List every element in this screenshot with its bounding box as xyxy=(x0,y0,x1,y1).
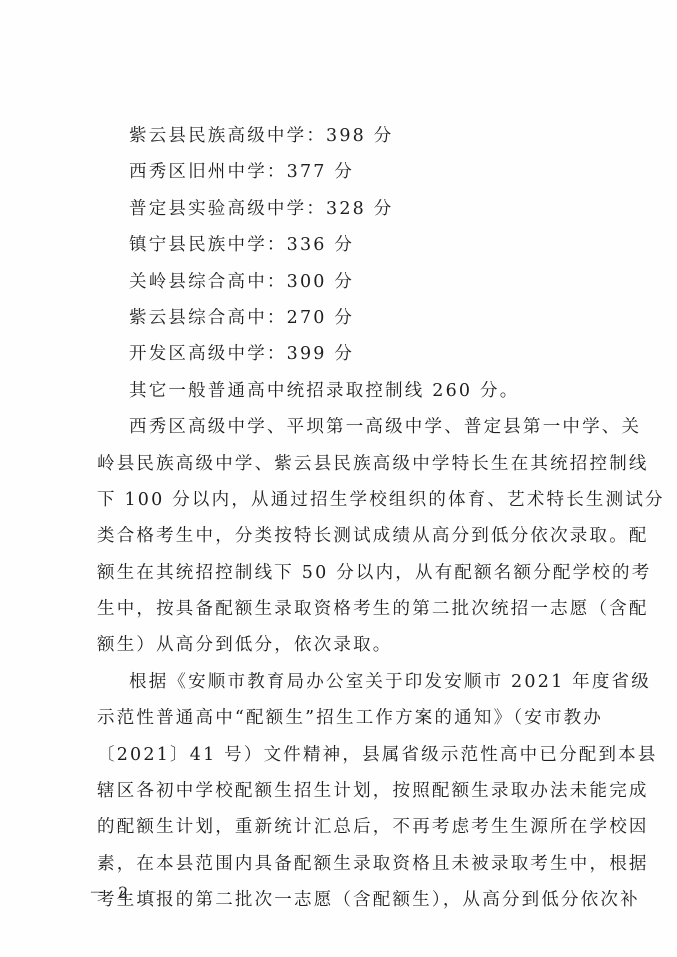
score-value: 336 分 xyxy=(287,235,354,255)
score-value: 328 分 xyxy=(326,199,393,219)
paragraph-line: 辖区各初中学校配额生招生计划，按照配额生录取办法未能完成 xyxy=(97,773,587,809)
score-line: 普定县实验高级中学：328 分 xyxy=(97,191,587,227)
paragraph-line: 素，在本县范围内具备配额生录取资格且未被录取考生中，根据 xyxy=(97,846,587,882)
school-name: 镇宁县民族中学 xyxy=(129,235,267,255)
separator: ： xyxy=(267,308,287,328)
paragraph-line: 根据《安顺市教育局办公室关于印发安顺市 2021 年度省级 xyxy=(97,664,587,700)
score-line: 紫云县综合高中：270 分 xyxy=(97,300,587,336)
separator: ： xyxy=(267,344,287,364)
paragraph-line: 生中，按具备配额生录取资格考生的第二批次统招一志愿（含配 xyxy=(97,591,587,627)
score-line: 西秀区旧州中学：377 分 xyxy=(97,154,587,190)
score-value: 399 分 xyxy=(287,344,354,364)
school-name: 关岭县综合高中 xyxy=(129,272,267,292)
paragraph-line: 下 100 分以内，从通过招生学校组织的体育、艺术特长生测试分 xyxy=(97,482,587,518)
paragraph-line: 考生填报的第二批次一志愿（含配额生），从高分到低分依次补 xyxy=(97,882,587,918)
score-value: 270 分 xyxy=(287,308,354,328)
document-page: 紫云县民族高级中学：398 分 西秀区旧州中学：377 分 普定县实验高级中学：… xyxy=(0,0,677,957)
score-line: 开发区高级中学：399 分 xyxy=(97,336,587,372)
score-value: 377 分 xyxy=(287,162,354,182)
separator: ： xyxy=(306,126,326,146)
school-name: 开发区高级中学 xyxy=(129,344,267,364)
score-line: 镇宁县民族中学：336 分 xyxy=(97,227,587,263)
paragraph-line: 〔2021〕41 号）文件精神，县属省级示范性高中已分配到本县 xyxy=(97,737,587,773)
separator: ： xyxy=(267,272,287,292)
other-schools-line: 其它一般普通高中统招录取控制线 260 分。 xyxy=(97,373,587,409)
separator: ： xyxy=(267,235,287,255)
paragraph-line: 额生）从高分到低分，依次录取。 xyxy=(97,627,587,663)
score-value: 398 分 xyxy=(326,126,393,146)
separator: ： xyxy=(267,162,287,182)
paragraph-line: 示范性普通高中“配额生”招生工作方案的通知》（安市教办 xyxy=(97,700,587,736)
paragraph-line: 类合格考生中，分类按特长测试成绩从高分到低分依次录取。配 xyxy=(97,518,587,554)
school-name: 普定县实验高级中学 xyxy=(129,199,306,219)
school-name: 西秀区旧州中学 xyxy=(129,162,267,182)
score-value: 300 分 xyxy=(287,272,354,292)
paragraph-line: 额生在其统招控制线下 50 分以内，从有配额名额分配学校的考 xyxy=(97,555,587,591)
paragraph-line: 的配额生计划，重新统计汇总后，不再考虑考生生源所在学校因 xyxy=(97,809,587,845)
separator: ： xyxy=(306,199,326,219)
paragraph-line: 岭县民族高级中学、紫云县民族高级中学特长生在其统招控制线 xyxy=(97,446,587,482)
page-number: － 2 － xyxy=(89,880,161,903)
paragraph-line: 西秀区高级中学、平坝第一高级中学、普定县第一中学、关 xyxy=(97,409,587,445)
score-line: 关岭县综合高中：300 分 xyxy=(97,264,587,300)
document-body: 紫云县民族高级中学：398 分 西秀区旧州中学：377 分 普定县实验高级中学：… xyxy=(97,118,587,919)
school-name: 紫云县民族高级中学 xyxy=(129,126,306,146)
score-line: 紫云县民族高级中学：398 分 xyxy=(97,118,587,154)
school-name: 紫云县综合高中 xyxy=(129,308,267,328)
